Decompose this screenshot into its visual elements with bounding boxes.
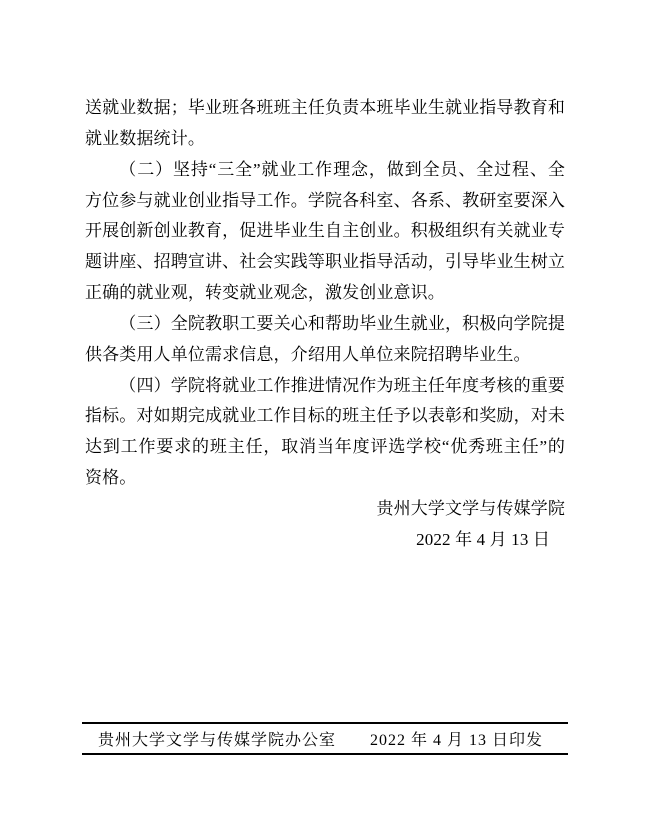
footer-print-date: 2022 年 4 月 13 日印发 [370, 727, 568, 750]
body-line: 指标。对如期完成就业工作目标的班主任予以表彰和奖励，对未 [85, 401, 565, 432]
body-line: 方位参与就业创业指导工作。学院各科室、各系、教研室要深入 [85, 186, 565, 217]
footer-issuer: 贵州大学文学与传媒学院办公室 [82, 727, 336, 750]
body-line: 达到工作要求的班主任，取消当年度评选学校“优秀班主任”的 [85, 432, 565, 463]
signature-line: 贵州大学文学与传媒学院 [85, 494, 565, 525]
body-line: （四）学院将就业工作推进情况作为班主任年度考核的重要 [85, 371, 565, 402]
body-line: 资格。 [85, 463, 565, 494]
footer-bottom-rule [82, 753, 568, 755]
body-line: 送就业数据；毕业班各班班主任负责本班毕业生就业指导教育和 [85, 93, 565, 124]
date-line: 2022 年 4 月 13 日 [85, 525, 565, 556]
body-line: 供各类用人单位需求信息，介绍用人单位来院招聘毕业生。 [85, 340, 565, 371]
body-line: 题讲座、招聘宣讲、社会实践等职业指导活动，引导毕业生树立 [85, 247, 565, 278]
document-body: 送就业数据；毕业班各班班主任负责本班毕业生就业指导教育和 就业数据统计。 （二）… [85, 93, 565, 556]
body-line: 就业数据统计。 [85, 124, 565, 155]
footer-bar: 贵州大学文学与传媒学院办公室 2022 年 4 月 13 日印发 [82, 724, 568, 753]
body-line: 正确的就业观，转变就业观念，激发创业意识。 [85, 278, 565, 309]
document-page: 送就业数据；毕业班各班班主任负责本班毕业生就业指导教育和 就业数据统计。 （二）… [0, 0, 650, 829]
body-line: 开展创新创业教育，促进毕业生自主创业。积极组织有关就业专 [85, 216, 565, 247]
body-line: （三）全院教职工要关心和帮助毕业生就业，积极向学院提 [85, 309, 565, 340]
body-line: （二）坚持“三全”就业工作理念，做到全员、全过程、全 [85, 155, 565, 186]
